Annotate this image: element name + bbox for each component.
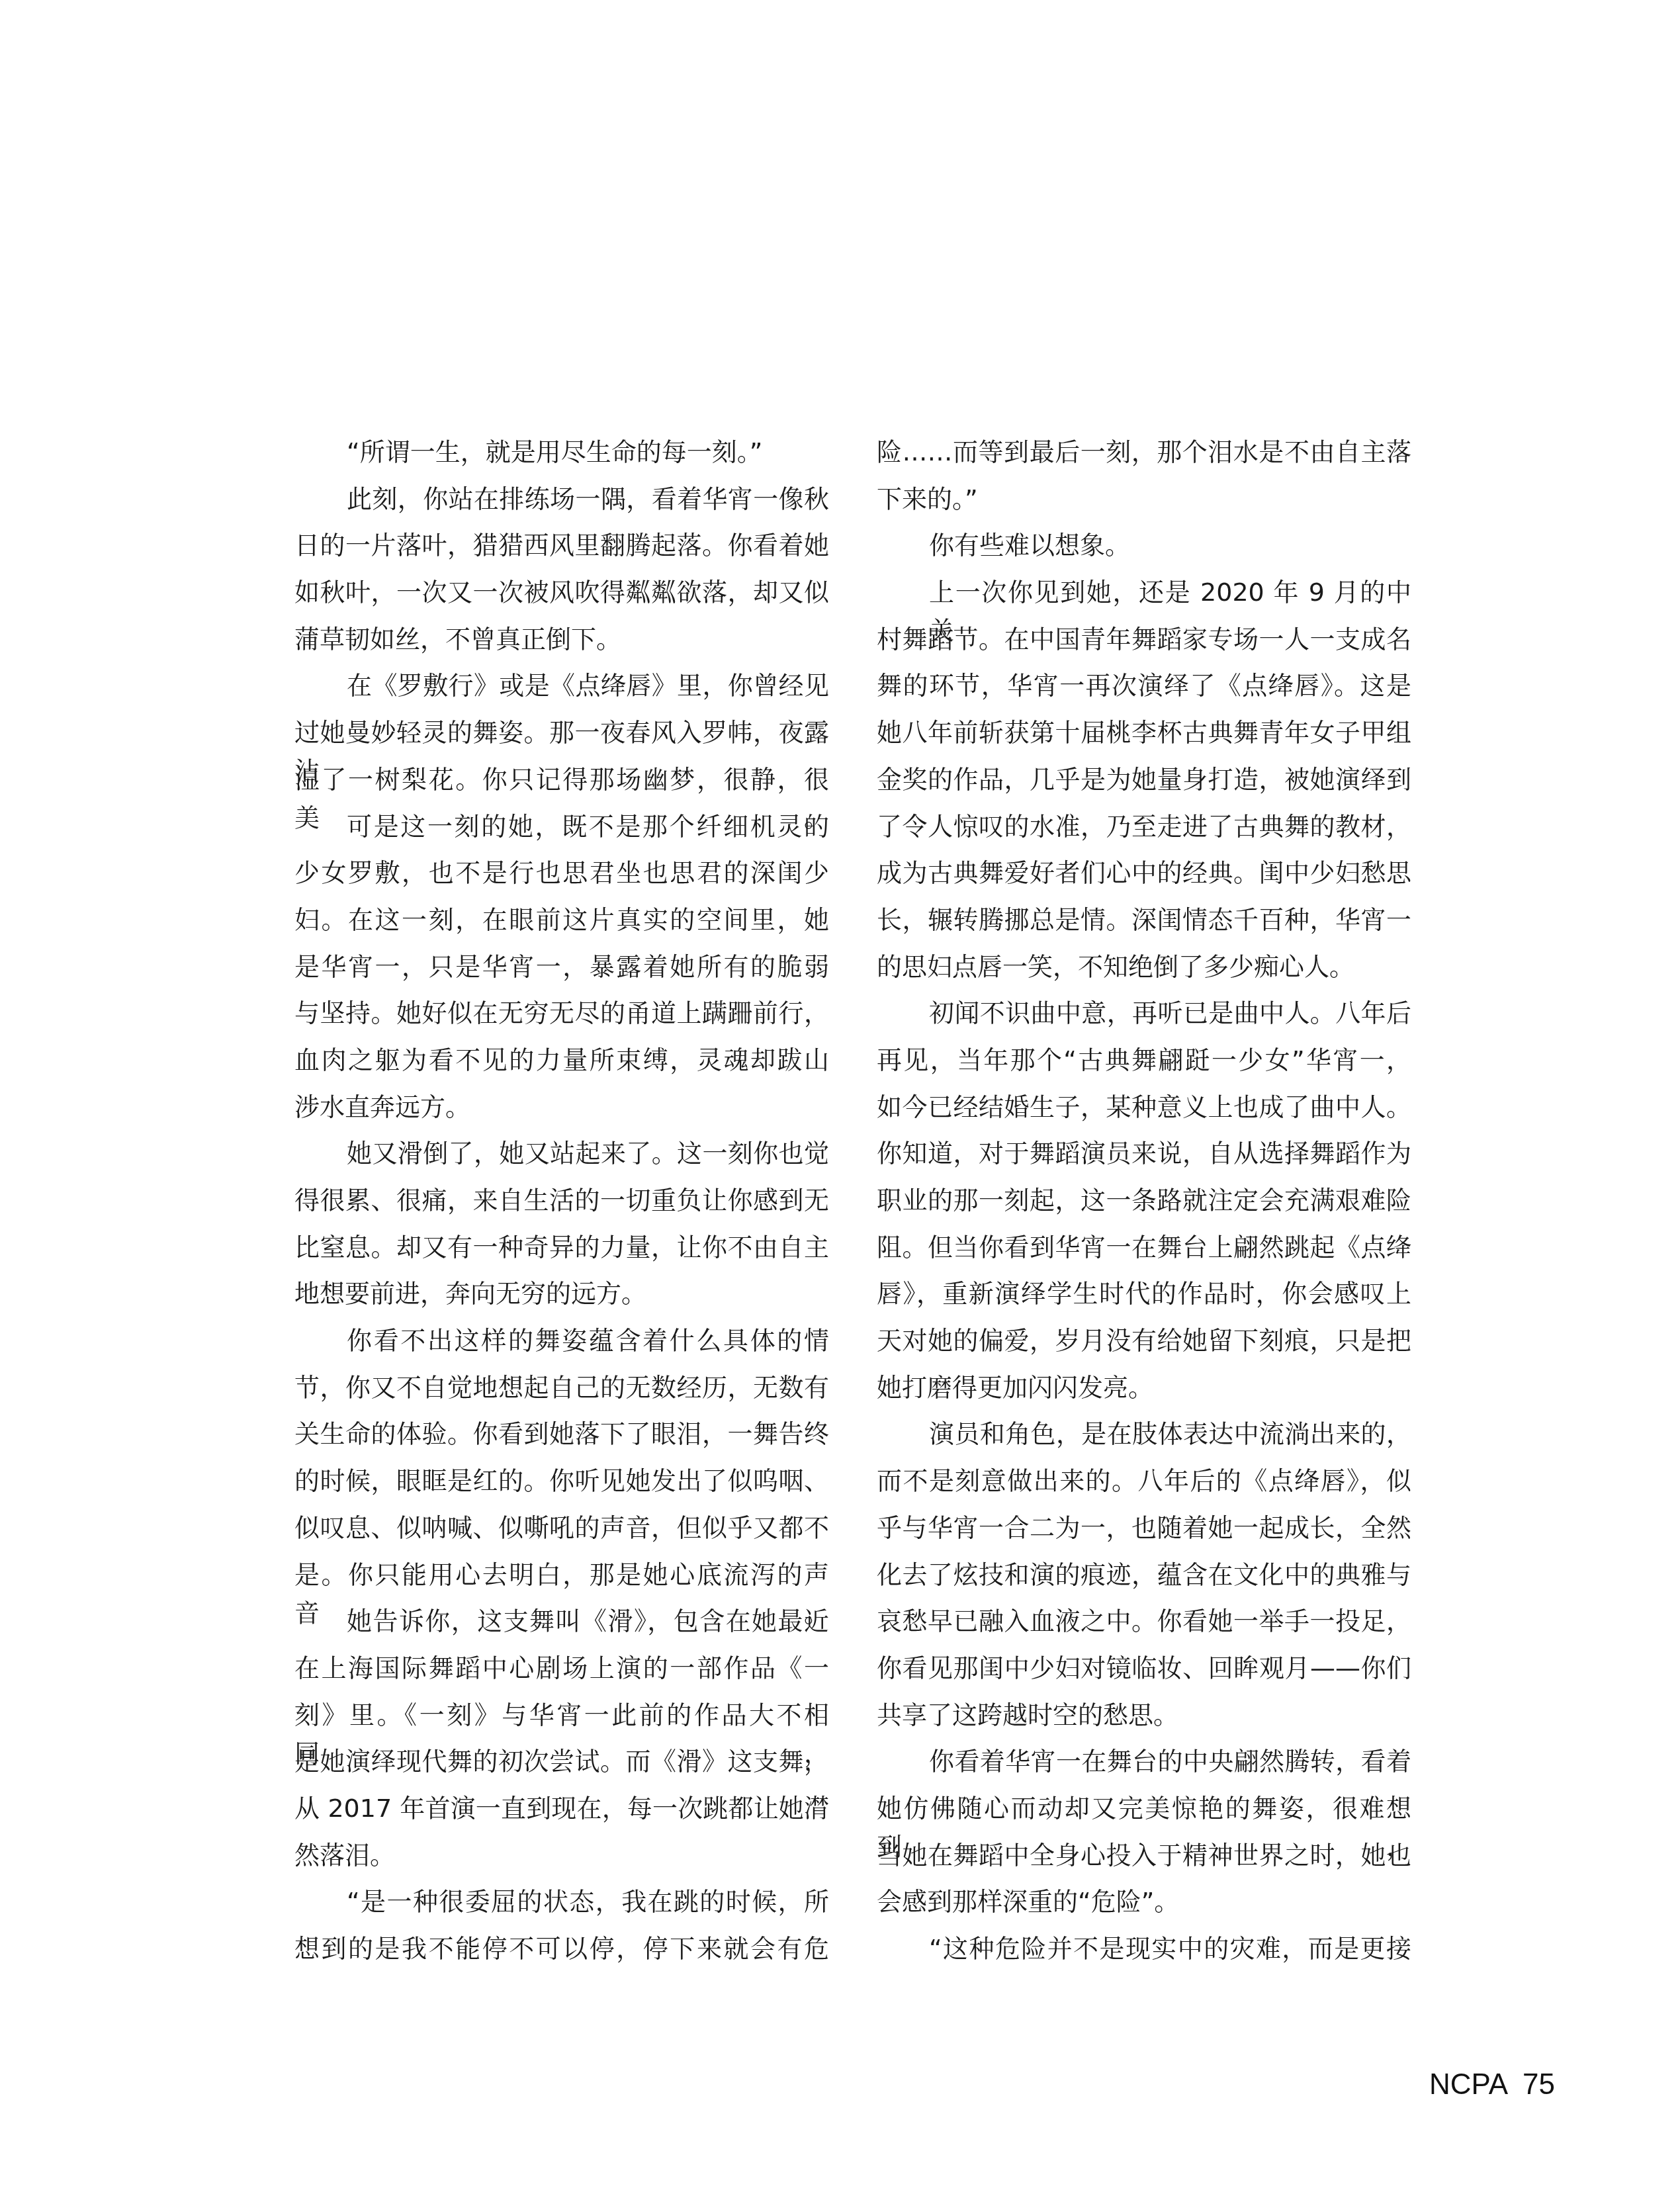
text-line: 你看不出这样的舞姿蕴含着什么具体的情 [294,1321,829,1368]
text-line: 当她在舞蹈中全身心投入于精神世界之时，她也 [877,1836,1411,1883]
text-line: 职业的那一刻起，这一条路就注定会充满艰难险 [877,1181,1411,1228]
text-line: 刻》里。《一刻》与华宵一此前的作品大不相同， [294,1696,829,1743]
text-line: 下来的。” [877,480,1411,527]
text-line: 妇。在这一刻，在眼前这片真实的空间里，她 [294,900,829,947]
article-column-left: “所谓一生，就是用尽生命的每一刻。” 此刻，你站在排练场一隅，看着华宵一像秋 日… [294,433,829,1976]
text-line: 你看见那闺中少妇对镜临妆、回眸观月——你们 [877,1649,1411,1696]
text-line: 成为古典舞爱好者们心中的经典。闺中少妇愁思 [877,853,1411,900]
publication-name: NCPA [1429,2068,1508,2101]
magazine-page: “所谓一生，就是用尽生命的每一刻。” 此刻，你站在排练场一隅，看着华宵一像秋 日… [0,0,1680,2188]
text-line: 日的一片落叶，猎猎西风里翻腾起落。你看着她 [294,526,829,573]
text-line: 她八年前斩获第十届桃李杯古典舞青年女子甲组 [877,713,1411,760]
text-line: 村舞蹈节。在中国青年舞蹈家专场一人一支成名 [877,620,1411,667]
text-line: 哀愁早已融入血液之中。你看她一举手一投足， [877,1602,1411,1649]
text-line: 初闻不识曲中意，再听已是曲中人。八年后 [877,994,1411,1041]
text-line: 似叹息、似呐喊、似嘶吼的声音，但似乎又都不 [294,1509,829,1555]
text-line: “这种危险并不是现实中的灾难，而是更接 [877,1929,1411,1976]
text-line: 再见，当年那个“古典舞翩跹一少女”华宵一， [877,1041,1411,1088]
text-line: 是华宵一，只是华宵一，暴露着她所有的脆弱 [294,947,829,994]
text-line: 节，你又不自觉地想起自己的无数经历，无数有 [294,1368,829,1415]
text-line: 她打磨得更加闪闪发亮。 [877,1368,1411,1415]
text-line: “是一种很委屈的状态，我在跳的时候，所 [294,1882,829,1929]
text-line: 从 2017 年首演一直到现在，每一次跳都让她潸 [294,1789,829,1836]
text-line: 而不是刻意做出来的。八年后的《点绛唇》，似 [877,1462,1411,1509]
text-line: 关生命的体验。你看到她落下了眼泪，一舞告终 [294,1415,829,1462]
text-line: 如今已经结婚生子，某种意义上也成了曲中人。 [877,1088,1411,1135]
text-line: 唇》，重新演绎学生时代的作品时，你会感叹上 [877,1274,1411,1321]
text-line: 舞的环节，华宵一再次演绎了《点绛唇》。这是 [877,666,1411,713]
text-line: 乎与华宵一合二为一，也随着她一起成长，全然 [877,1509,1411,1555]
text-line: 过她曼妙轻灵的舞姿。那一夜春风入罗帏，夜露沾 [294,713,829,760]
text-line: 是她演绎现代舞的初次尝试。而《滑》这支舞， [294,1742,829,1789]
text-line: 化去了炫技和演的痕迹，蕴含在文化中的典雅与 [877,1555,1411,1602]
page-footer: NCPA75 [1429,2068,1555,2101]
text-line: 会感到那样深重的“危险”。 [877,1882,1411,1929]
article-column-right: 险……而等到最后一刻，那个泪水是不由自主落 下来的。” 你有些难以想象。 上一次… [877,433,1411,1976]
text-line: 她又滑倒了，她又站起来了。这一刻你也觉 [294,1134,829,1181]
text-line: 涉水直奔远方。 [294,1088,829,1135]
text-line: 如秋叶，一次又一次被风吹得粼粼欲落，却又似 [294,573,829,620]
text-line: 上一次你见到她，还是 2020 年 9 月的中关 [877,573,1411,620]
text-line: 然落泪。 [294,1836,829,1883]
text-line: 共享了这跨越时空的愁思。 [877,1696,1411,1743]
text-line: 险……而等到最后一刻，那个泪水是不由自主落 [877,433,1411,480]
text-line: 蒲草韧如丝，不曾真正倒下。 [294,620,829,667]
text-line: 此刻，你站在排练场一隅，看着华宵一像秋 [294,480,829,527]
text-line: 阻。但当你看到华宵一在舞台上翩然跳起《点绛 [877,1228,1411,1275]
text-line: 得很累、很痛，来自生活的一切重负让你感到无 [294,1181,829,1228]
text-line: 你知道，对于舞蹈演员来说，自从选择舞蹈作为 [877,1134,1411,1181]
text-line: 你看着华宵一在舞台的中央翩然腾转，看着 [877,1742,1411,1789]
text-line: 你有些难以想象。 [877,526,1411,573]
text-line: 可是这一刻的她，既不是那个纤细机灵的 [294,807,829,854]
text-line: 长，辗转腾挪总是情。深闺情态千百种，华宵一 [877,900,1411,947]
text-line: 少女罗敷，也不是行也思君坐也思君的深闺少 [294,853,829,900]
text-line: 在《罗敷行》或是《点绛唇》里，你曾经见 [294,666,829,713]
text-line: 她告诉你，这支舞叫《滑》，包含在她最近 [294,1602,829,1649]
text-line: 的时候，眼眶是红的。你听见她发出了似呜咽、 [294,1462,829,1509]
text-line: 是。你只能用心去明白，那是她心底流泻的声音。 [294,1555,829,1602]
text-line: 了令人惊叹的水准，乃至走进了古典舞的教材， [877,807,1411,854]
text-line: 的思妇点唇一笑，不知绝倒了多少痴心人。 [877,947,1411,994]
text-line: 与坚持。她好似在无穷无尽的甬道上蹒跚前行， [294,994,829,1041]
text-line: 血肉之躯为看不见的力量所束缚，灵魂却跋山 [294,1041,829,1088]
text-line: 比窒息。却又有一种奇异的力量，让你不由自主 [294,1228,829,1275]
text-line: 湿了一树梨花。你只记得那场幽梦，很静，很美。 [294,760,829,807]
text-line: 金奖的作品，几乎是为她量身打造，被她演绎到 [877,760,1411,807]
text-line: 她仿佛随心而动却又完美惊艳的舞姿，很难想到， [877,1789,1411,1836]
text-line: 地想要前进，奔向无穷的远方。 [294,1274,829,1321]
page-number: 75 [1523,2068,1555,2101]
text-line: “所谓一生，就是用尽生命的每一刻。” [294,433,829,480]
text-line: 天对她的偏爱，岁月没有给她留下刻痕，只是把 [877,1321,1411,1368]
text-line: 演员和角色，是在肢体表达中流淌出来的， [877,1415,1411,1462]
text-line: 想到的是我不能停不可以停，停下来就会有危 [294,1929,829,1976]
text-line: 在上海国际舞蹈中心剧场上演的一部作品《一 [294,1649,829,1696]
